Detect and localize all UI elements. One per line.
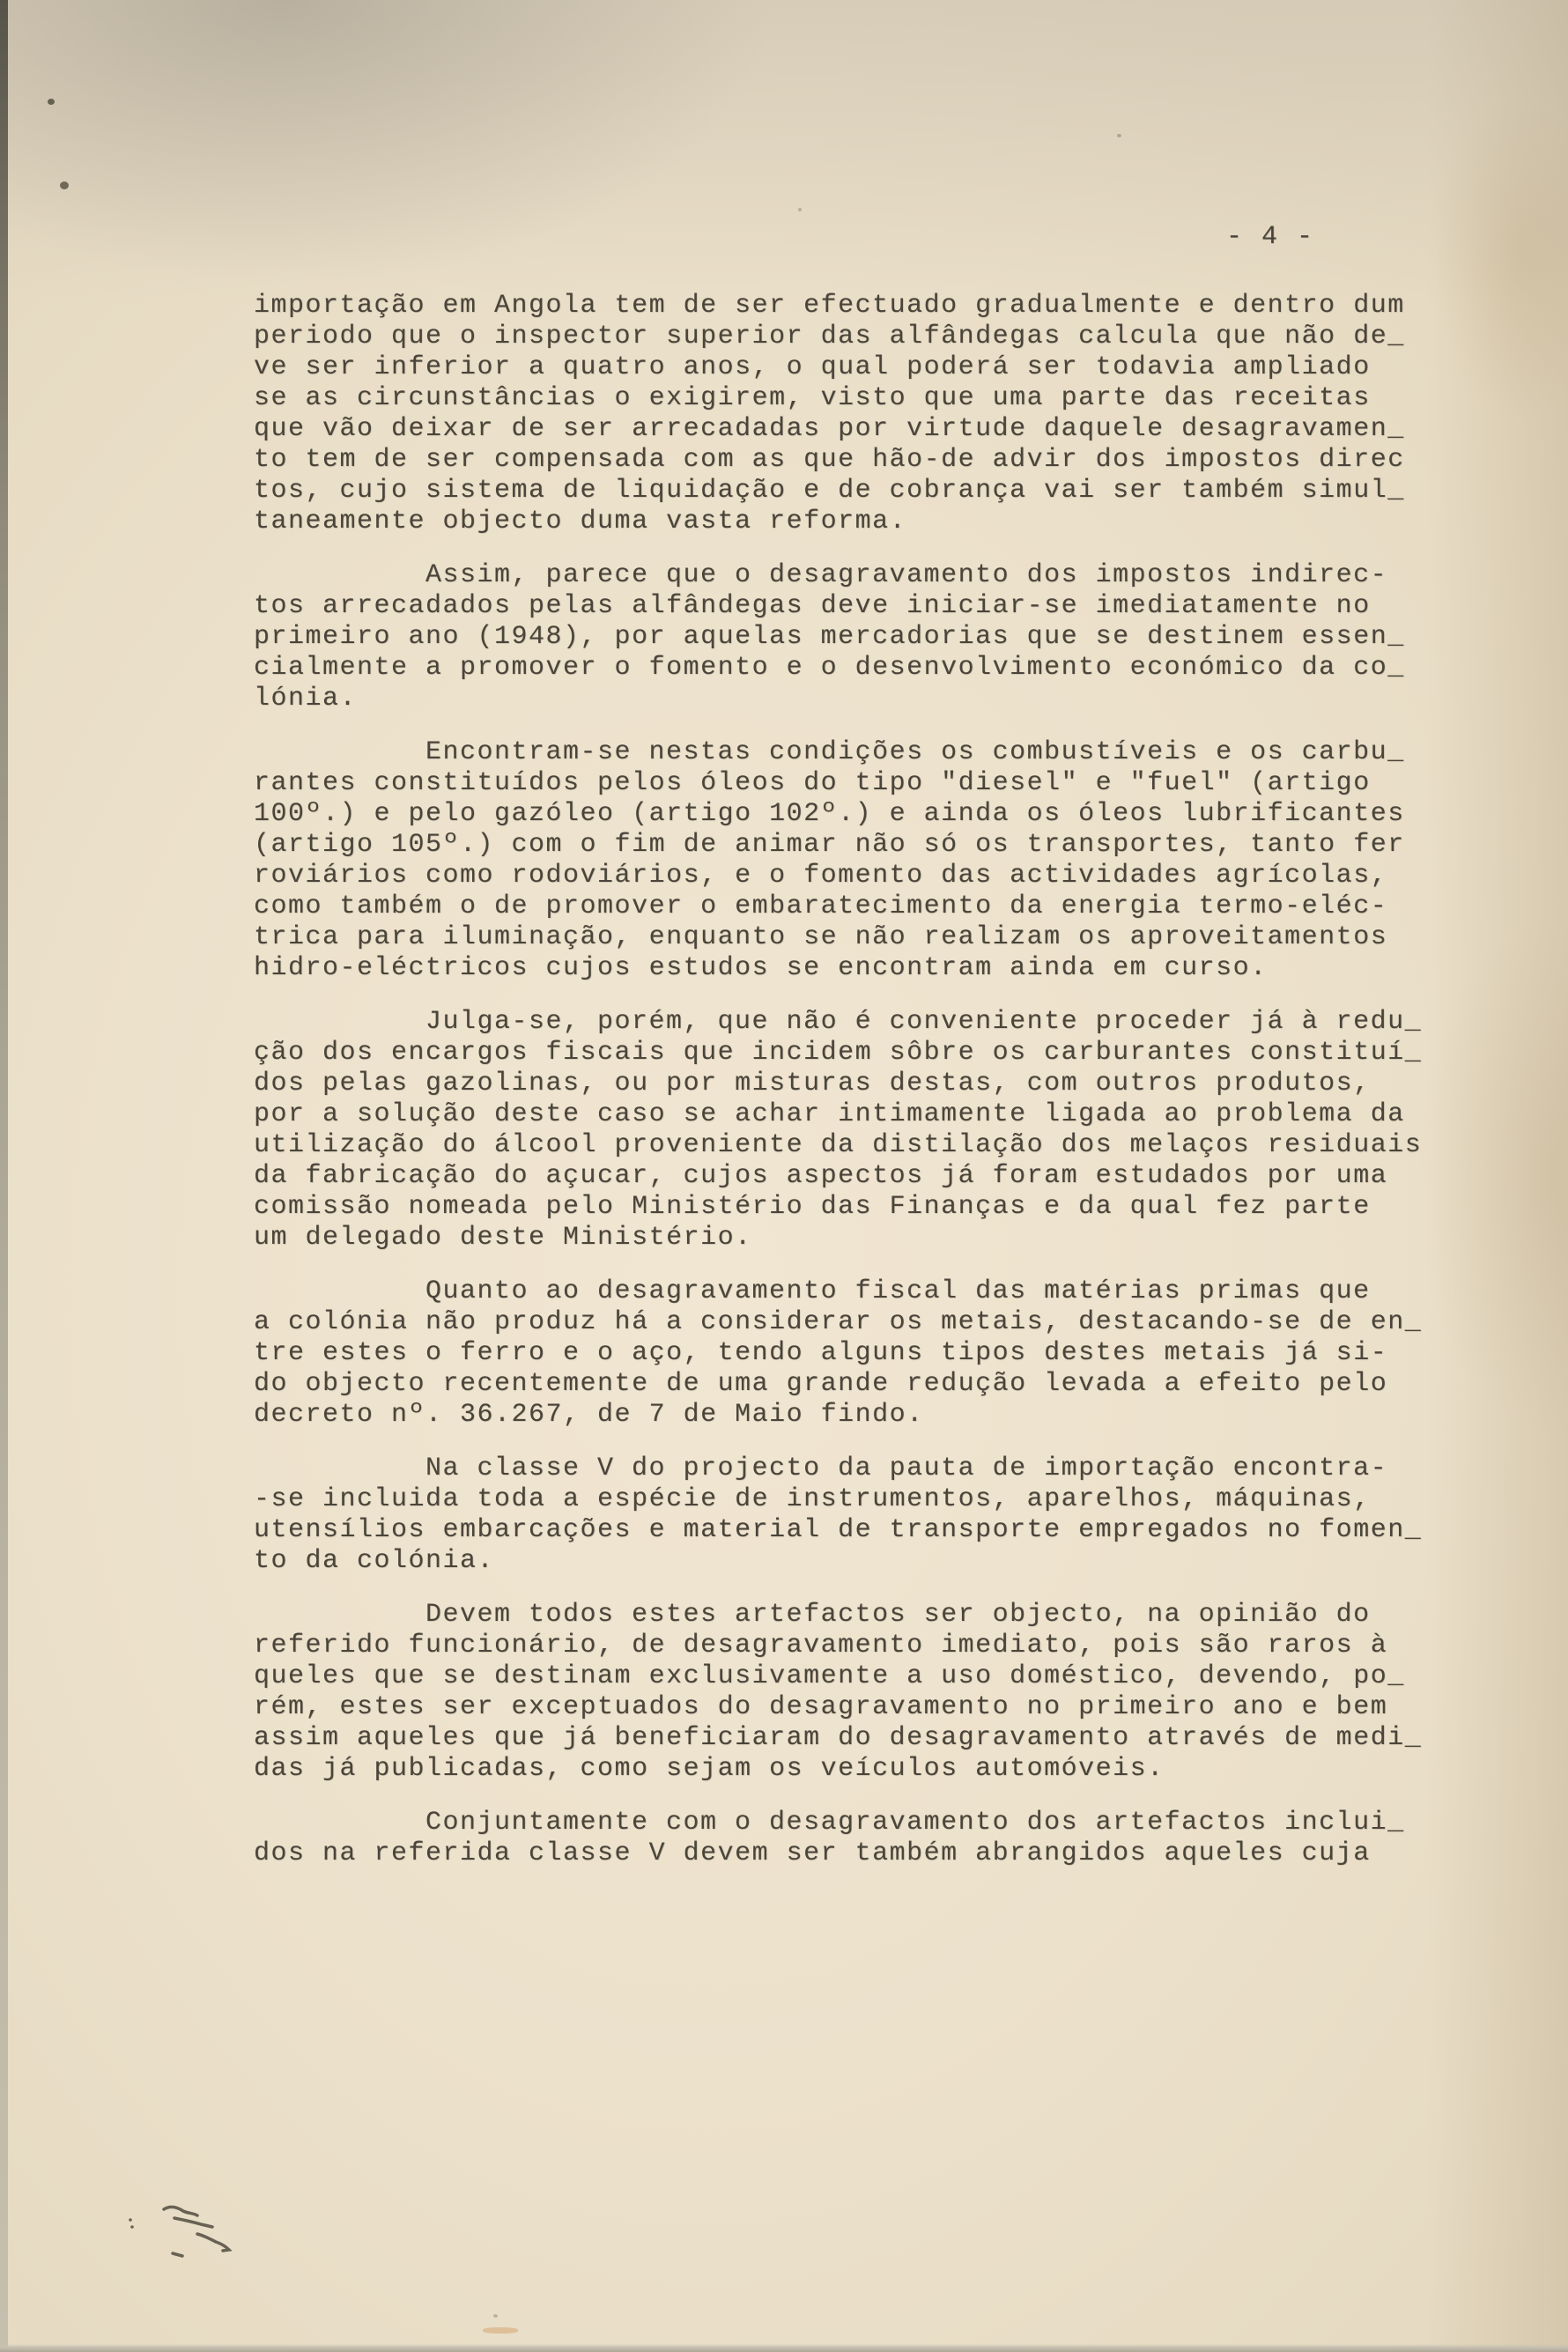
paragraph: Quanto ao desagravamento fiscal das maté… xyxy=(254,1276,1487,1431)
text-line: Conjuntamente com o desagravamento dos a… xyxy=(254,1808,1487,1838)
paper-speck xyxy=(493,2314,498,2318)
paragraph: Conjuntamente com o desagravamento dos a… xyxy=(254,1808,1487,1869)
paper-speck xyxy=(1117,134,1121,137)
paragraph: Encontram-se nestas condições os combust… xyxy=(254,737,1487,984)
paper-speck xyxy=(798,208,802,211)
text-line: da fabricação do açucar, cujos aspectos … xyxy=(254,1161,1487,1192)
text-line: queles que se destinam exclusivamente a … xyxy=(254,1661,1487,1692)
text-line: comissão nomeada pelo Ministério das Fin… xyxy=(254,1192,1487,1223)
text-line: to da colónia. xyxy=(254,1546,1487,1577)
text-line: das já publicadas, como sejam os veículo… xyxy=(254,1754,1487,1785)
text-line: ção dos encargos fiscais que incidem sôb… xyxy=(254,1038,1487,1069)
text-line: Encontram-se nestas condições os combust… xyxy=(254,737,1487,768)
paragraph: Julga-se, porém, que não é conveniente p… xyxy=(254,1007,1487,1254)
text-line: utilização do álcool proveniente da dist… xyxy=(254,1130,1487,1161)
text-line: Devem todos estes artefactos ser objecto… xyxy=(254,1600,1487,1631)
text-line: periodo que o inspector superior das alf… xyxy=(254,322,1487,352)
text-line: rém, estes ser exceptuados do desagravam… xyxy=(254,1692,1487,1723)
scan-edge-left xyxy=(0,0,8,2352)
text-line: cialmente a promover o fomento e o desen… xyxy=(254,653,1487,684)
text-line: Na classe V do projecto da pauta de impo… xyxy=(254,1453,1487,1484)
text-line: dos pelas gazolinas, ou por misturas des… xyxy=(254,1069,1487,1099)
text-line: do objecto recentemente de uma grande re… xyxy=(254,1369,1487,1400)
text-line: um delegado deste Ministério. xyxy=(254,1223,1487,1254)
text-line: rantes constituídos pelos óleos do tipo … xyxy=(254,768,1487,799)
text-line: lónia. xyxy=(254,684,1487,714)
text-line: taneamente objecto duma vasta reforma. xyxy=(254,507,1487,537)
text-line: a colónia não produz há a considerar os … xyxy=(254,1307,1487,1338)
scanned-page: - 4 - importação em Angola tem de ser ef… xyxy=(0,0,1568,2352)
text-line: trica para iluminação, enquanto se não r… xyxy=(254,922,1487,953)
text-line: que vão deixar de ser arrecadadas por vi… xyxy=(254,414,1487,445)
paper-speck xyxy=(483,2327,518,2334)
text-line: (artigo 105º.) com o fim de animar não s… xyxy=(254,830,1487,861)
paragraph: Assim, parece que o desagravamento dos i… xyxy=(254,560,1487,714)
text-line: Julga-se, porém, que não é conveniente p… xyxy=(254,1007,1487,1038)
text-line: decreto nº. 36.267, de 7 de Maio findo. xyxy=(254,1400,1487,1431)
text-line: 100º.) e pelo gazóleo (artigo 102º.) e a… xyxy=(254,799,1487,830)
paper-speck xyxy=(48,99,55,105)
text-line: utensílios embarcações e material de tra… xyxy=(254,1515,1487,1546)
text-line: se as circunstâncias o exigirem, visto q… xyxy=(254,383,1487,414)
paragraph: Na classe V do projecto da pauta de impo… xyxy=(254,1453,1487,1577)
text-line: dos na referida classe V devem ser també… xyxy=(254,1838,1487,1869)
text-line: primeiro ano (1948), por aquelas mercado… xyxy=(254,622,1487,653)
text-line: Quanto ao desagravamento fiscal das maté… xyxy=(254,1276,1487,1307)
document-text: importação em Angola tem de ser efectuad… xyxy=(254,291,1487,1892)
text-line: como também o de promover o embaratecime… xyxy=(254,891,1487,922)
text-line: hidro-eléctricos cujos estudos se encont… xyxy=(254,953,1487,984)
page-number: - 4 - xyxy=(1226,222,1314,252)
paragraph: importação em Angola tem de ser efectuad… xyxy=(254,291,1487,537)
pencil-scribble xyxy=(122,2195,254,2274)
text-line: -se incluida toda a espécie de instrumen… xyxy=(254,1484,1487,1515)
paper-speck xyxy=(60,181,69,189)
scan-edge-bottom xyxy=(0,2344,1568,2352)
text-line: referido funcionário, de desagravamento … xyxy=(254,1631,1487,1661)
text-line: to tem de ser compensada com as que hão-… xyxy=(254,445,1487,476)
paragraph: Devem todos estes artefactos ser objecto… xyxy=(254,1600,1487,1785)
text-line: assim aqueles que já beneficiaram do des… xyxy=(254,1723,1487,1754)
text-line: importação em Angola tem de ser efectuad… xyxy=(254,291,1487,322)
text-line: por a solução deste caso se achar intima… xyxy=(254,1099,1487,1130)
text-line: roviários como rodoviários, e o fomento … xyxy=(254,861,1487,891)
text-line: tos arrecadados pelas alfândegas deve in… xyxy=(254,591,1487,622)
text-line: tos, cujo sistema de liquidação e de cob… xyxy=(254,476,1487,507)
text-line: Assim, parece que o desagravamento dos i… xyxy=(254,560,1487,591)
text-line: ve ser inferior a quatro anos, o qual po… xyxy=(254,352,1487,383)
text-line: tre estes o ferro e o aço, tendo alguns … xyxy=(254,1338,1487,1369)
